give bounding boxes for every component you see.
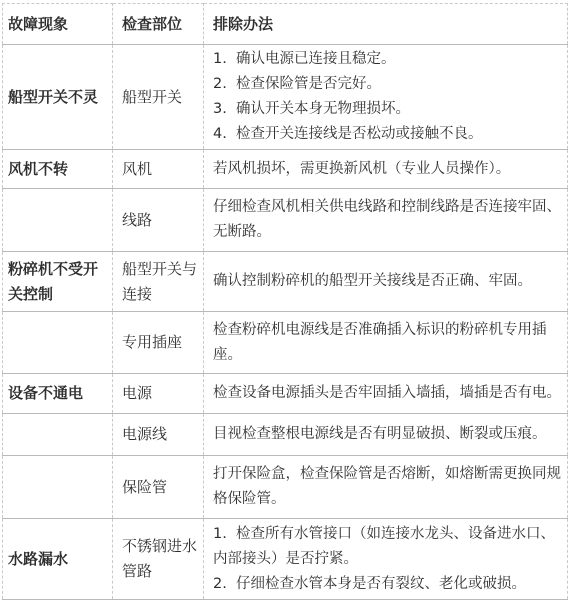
method-cell: 检查设备电源插头是否牢固插入墙插，墙插是否有电。 — [204, 374, 568, 414]
step-text: 检查保险管是否完好。 — [236, 76, 381, 92]
column-header-method: 排除办法 — [204, 4, 568, 45]
method-cell: 目视检查整根电源线是否有明显破损、断裂或压痕。 — [204, 414, 568, 456]
step-number: 2. — [213, 572, 236, 597]
step-number: 4. — [213, 122, 236, 147]
document-page: 故障现象 检查部位 排除办法 船型开关不灵 船型开关 1.确认电源已连接且稳定。… — [0, 0, 575, 604]
table-row: 粉碎机不受开关控制 船型开关与连接 确认控制粉碎机的船型开关接线是否正确、牢固。 — [3, 252, 568, 312]
fault-cell — [3, 189, 113, 252]
fault-cell — [3, 456, 113, 519]
table-row: 船型开关不灵 船型开关 1.确认电源已连接且稳定。 2.检查保险管是否完好。 3… — [3, 45, 568, 150]
table-row: 线路 仔细检查风机相关供电线路和控制线路是否连接牢固、无断路。 — [3, 189, 568, 252]
method-step: 2.检查保险管是否完好。 — [213, 72, 565, 97]
step-number: 1. — [213, 522, 236, 547]
method-step: 2.仔细检查水管本身是否有裂纹、老化或破损。 — [213, 572, 565, 597]
step-text: 确认电源已连接且稳定。 — [236, 51, 396, 67]
method-cell: 检查粉碎机电源线是否准确插入标识的粉碎机专用插座。 — [204, 312, 568, 374]
part-cell: 风机 — [113, 150, 204, 189]
step-number: 2. — [213, 72, 236, 97]
header-row: 故障现象 检查部位 排除办法 — [3, 4, 568, 45]
method-step: 3.确认开关本身无物理损坏。 — [213, 97, 565, 122]
column-header-fault: 故障现象 — [3, 4, 113, 45]
method-cell: 若风机损坏，需更换新风机（专业人员操作）。 — [204, 150, 568, 189]
step-number: 1. — [213, 47, 236, 72]
part-cell: 线路 — [113, 189, 204, 252]
method-step: 1.确认电源已连接且稳定。 — [213, 47, 565, 72]
method-text: 若风机损坏，需更换新风机（专业人员操作）。 — [213, 161, 510, 177]
table-row: 风机不转 风机 若风机损坏，需更换新风机（专业人员操作）。 — [3, 150, 568, 189]
part-cell: 专用插座 — [113, 312, 204, 374]
method-cell: 仔细检查风机相关供电线路和控制线路是否连接牢固、无断路。 — [204, 189, 568, 252]
method-cell: 打开保险盒，检查保险管是否熔断，如熔断需更换同规格保险管。 — [204, 456, 568, 519]
fault-cell: 水路漏水 — [3, 519, 113, 600]
method-text: 目视检查整根电源线是否有明显破损、断裂或压痕。 — [213, 426, 547, 442]
troubleshooting-table: 故障现象 检查部位 排除办法 船型开关不灵 船型开关 1.确认电源已连接且稳定。… — [2, 3, 568, 600]
method-text: 打开保险盒，检查保险管是否熔断，如熔断需更换同规格保险管。 — [213, 466, 561, 507]
part-cell: 船型开关 — [113, 45, 204, 150]
part-cell: 不锈钢进水管路 — [113, 519, 204, 600]
part-cell: 电源 — [113, 374, 204, 414]
method-text: 确认控制粉碎机的船型开关接线是否正确、牢固。 — [213, 273, 532, 289]
step-number: 3. — [213, 97, 236, 122]
method-cell: 1.确认电源已连接且稳定。 2.检查保险管是否完好。 3.确认开关本身无物理损坏… — [204, 45, 568, 150]
table-row: 专用插座 检查粉碎机电源线是否准确插入标识的粉碎机专用插座。 — [3, 312, 568, 374]
method-text: 仔细检查风机相关供电线路和控制线路是否连接牢固、无断路。 — [213, 199, 561, 240]
table-row: 电源线 目视检查整根电源线是否有明显破损、断裂或压痕。 — [3, 414, 568, 456]
column-header-part: 检查部位 — [113, 4, 204, 45]
method-text: 检查粉碎机电源线是否准确插入标识的粉碎机专用插座。 — [213, 322, 547, 363]
part-cell: 电源线 — [113, 414, 204, 456]
method-cell: 1.检查所有水管接口（如连接水龙头、设备进水口、内部接头）是否拧紧。 2.仔细检… — [204, 519, 568, 600]
step-text: 仔细检查水管本身是否有裂纹、老化或破损。 — [236, 576, 526, 592]
step-text: 检查开关连接线是否松动或接触不良。 — [236, 126, 483, 142]
fault-cell: 船型开关不灵 — [3, 45, 113, 150]
fault-cell — [3, 312, 113, 374]
fault-cell: 粉碎机不受开关控制 — [3, 252, 113, 312]
method-step: 4.检查开关连接线是否松动或接触不良。 — [213, 122, 565, 147]
fault-cell — [3, 414, 113, 456]
step-text: 检查所有水管接口（如连接水龙头、设备进水口、内部接头）是否拧紧。 — [213, 526, 555, 567]
table-row: 设备不通电 电源 检查设备电源插头是否牢固插入墙插，墙插是否有电。 — [3, 374, 568, 414]
table-row: 水路漏水 不锈钢进水管路 1.检查所有水管接口（如连接水龙头、设备进水口、内部接… — [3, 519, 568, 600]
method-text: 检查设备电源插头是否牢固插入墙插，墙插是否有电。 — [213, 385, 561, 401]
step-text: 确认开关本身无物理损坏。 — [236, 101, 410, 117]
fault-cell: 设备不通电 — [3, 374, 113, 414]
part-cell: 船型开关与连接 — [113, 252, 204, 312]
method-step: 1.检查所有水管接口（如连接水龙头、设备进水口、内部接头）是否拧紧。 — [213, 522, 565, 572]
table-row: 保险管 打开保险盒，检查保险管是否熔断，如熔断需更换同规格保险管。 — [3, 456, 568, 519]
method-cell: 确认控制粉碎机的船型开关接线是否正确、牢固。 — [204, 252, 568, 312]
part-cell: 保险管 — [113, 456, 204, 519]
fault-cell: 风机不转 — [3, 150, 113, 189]
